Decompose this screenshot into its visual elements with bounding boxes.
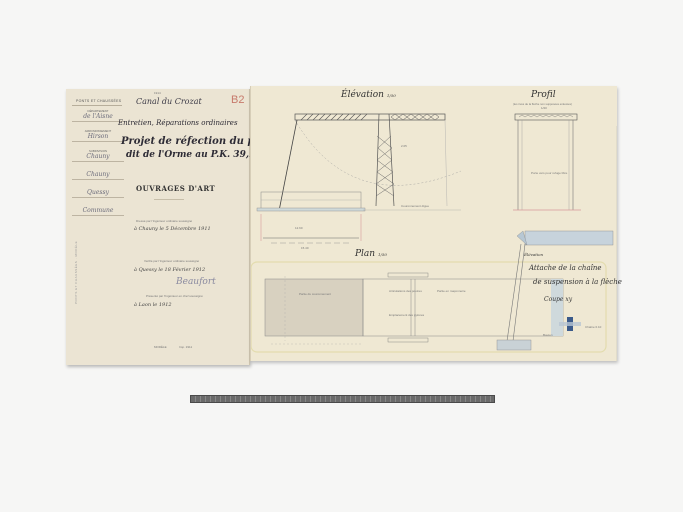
detail-elevation-title: Élévation [524, 252, 543, 257]
dossier-cover-sheet: PONTS ET CHAUSSÉES 1914 DÉPARTEMENT de l… [66, 89, 250, 365]
divider [154, 199, 184, 200]
plan-label: Emplacement des pylones [389, 313, 424, 317]
archive-reference: B2 [231, 94, 244, 106]
service-line: Entretien, Réparations ordinaires [118, 119, 238, 127]
scale-bar [190, 395, 495, 403]
plan-label: Partie en maçonnerie [437, 289, 466, 293]
field-commune-1: Chauny [72, 171, 124, 180]
divider [72, 105, 122, 106]
section-heading: OUVRAGES D'ART [136, 184, 215, 193]
footer-left: MODÈLE [154, 345, 167, 349]
profile-title: Profil [531, 90, 556, 100]
checked-label: Vérifié par l'Ingénieur ordinaire soussi… [144, 259, 199, 263]
plan-label: Articulations des poutres [389, 289, 422, 293]
dimension: 15.40 [301, 246, 309, 250]
profile-note: Porte vers pour refuge libre [531, 171, 567, 175]
detail-caption-line1: Attache de la chaîne [529, 264, 602, 272]
field-commune-3: Commune [72, 207, 124, 216]
field-subdivision: SUBDIVISION Chauny [72, 149, 124, 162]
field-departement: DÉPARTEMENT de l'Aisne [72, 109, 124, 122]
dimension: 12.60 [295, 226, 303, 230]
drawing-lines [251, 86, 617, 361]
field-commune-2: Quessy [72, 189, 124, 198]
plan-label: Partie du couronnement [299, 292, 331, 296]
detail-note: Chaîne 0.10 [585, 325, 601, 329]
plan-title: Plan 1/50 [355, 249, 387, 259]
dressed-place-date: à Chauny le 5 Décembre 1911 [134, 226, 211, 232]
detail-caption-line2: de suspension à la flèche [533, 278, 622, 286]
dressed-label: Dressé par l'Ingénieur ordinaire soussig… [136, 219, 192, 223]
margin-vertical-text: PONTS ET CHAUSSÉES · MODÈLE [74, 241, 78, 304]
section-title: Coupe xy [544, 296, 572, 303]
footer-right: Imp. 1911 [179, 345, 192, 349]
profile-scale: 1/20 [541, 106, 547, 110]
checked-place-date: à Quessy le 18 Février 1912 [134, 267, 205, 273]
signature: Beaufort [176, 277, 216, 287]
ponts-chaussees-header: PONTS ET CHAUSSÉES [76, 99, 121, 103]
field-arrondissement: ARRONDISSEMENT Hirson [72, 129, 124, 142]
ground-label: Couronnement digue [401, 204, 429, 208]
elevation-title: Élévation 1/50 [341, 90, 396, 100]
presented-label: Présenté par l'Ingénieur en chef soussig… [146, 294, 203, 298]
detail-note: Bouton [543, 333, 553, 337]
top-number: 1914 [154, 91, 161, 95]
dimension: 2.05 [401, 144, 407, 148]
presented-place-date: à Laon le 1912 [134, 302, 172, 308]
canal-title: Canal du Crozat [136, 97, 202, 106]
technical-drawing-sheet: Élévation 1/50 Couronnement digue 2.05 1… [250, 86, 617, 361]
